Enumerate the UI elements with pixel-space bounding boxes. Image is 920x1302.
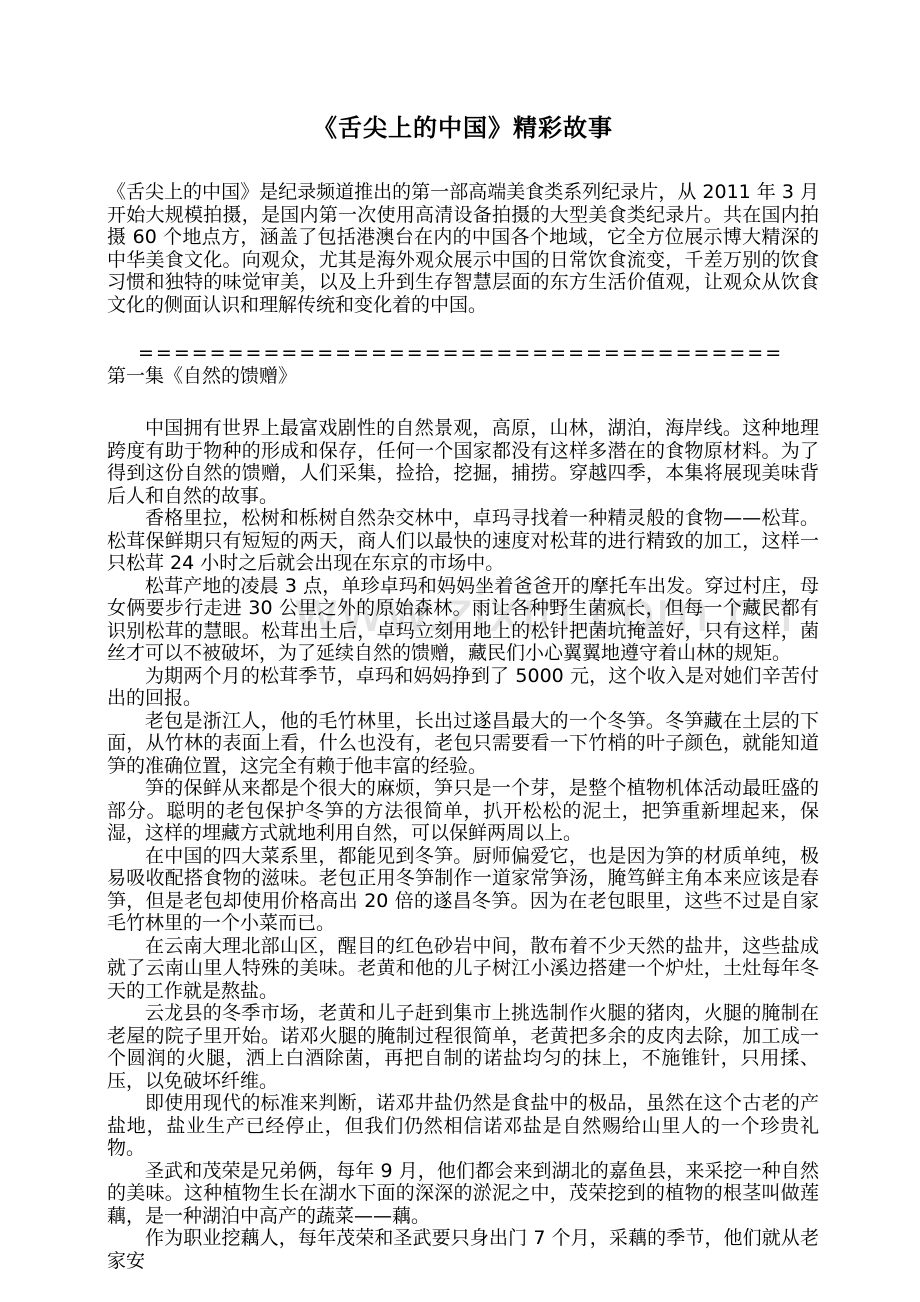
story-paragraph: 作为职业挖藕人，每年茂荣和圣武要只身出门 7 个月，采藕的季节，他们就从老家安 <box>107 1227 819 1272</box>
story-paragraph: 云龙县的冬季市场，老黄和儿子赶到集市上挑选制作火腿的猪肉，火腿的腌制在老屋的院子… <box>107 1002 819 1092</box>
story-paragraph: 松茸产地的凌晨 3 点，单珍卓玛和妈妈坐着爸爸开的摩托车出发。穿过村庄，母女俩要… <box>107 575 819 665</box>
story-paragraph: 中国拥有世界上最富戏剧性的自然景观，高原，山林，湖泊，海岸线。这种地理跨度有助于… <box>107 417 819 507</box>
story-paragraph: 为期两个月的松茸季节，卓玛和妈妈挣到了 5000 元，这个收入是对她们辛苦付出的… <box>107 665 819 710</box>
story-paragraph: 即使用现代的标准来判断，诺邓井盐仍然是食盐中的极品，虽然在这个古老的产盐地，盐业… <box>107 1092 819 1160</box>
story-paragraph: 在云南大理北部山区，醒目的红色砂岩中间，散布着不少天然的盐井，这些盐成就了云南山… <box>107 935 819 1003</box>
document-content: 《舌尖上的中国》精彩故事 《舌尖上的中国》是纪录频道推出的第一部高端美食类系列纪… <box>107 0 819 1272</box>
separator-line: ==================================== <box>107 342 819 365</box>
intro-paragraph: 《舌尖上的中国》是纪录频道推出的第一部高端美食类系列纪录片，从 2011 年 3… <box>107 181 819 316</box>
document-page: www.zixin.com.cn 《舌尖上的中国》精彩故事 《舌尖上的中国》是纪… <box>0 0 920 1302</box>
story-paragraph: 香格里拉，松树和栎树自然杂交林中，卓玛寻找着一种精灵般的食物——松茸。松茸保鲜期… <box>107 507 819 575</box>
document-body: 《舌尖上的中国》是纪录频道推出的第一部高端美食类系列纪录片，从 2011 年 3… <box>107 181 819 1272</box>
story-paragraph: 笋的保鲜从来都是个很大的麻烦，笋只是一个芽，是整个植物机体活动最旺盛的部分。聪明… <box>107 777 819 845</box>
story-paragraph: 圣武和茂荣是兄弟俩，每年 9 月，他们都会来到湖北的嘉鱼县，来采挖一种自然的美味… <box>107 1160 819 1228</box>
page-title: 《舌尖上的中国》精彩故事 <box>107 112 819 144</box>
section-heading: 第一集《自然的馈赠》 <box>107 365 819 388</box>
story-paragraph: 老包是浙江人，他的毛竹林里，长出过遂昌最大的一个冬笋。冬笋藏在土层的下面，从竹林… <box>107 710 819 778</box>
story-paragraph: 在中国的四大菜系里，都能见到冬笋。厨师偏爱它，也是因为笋的材质单纯，极易吸收配搭… <box>107 845 819 935</box>
